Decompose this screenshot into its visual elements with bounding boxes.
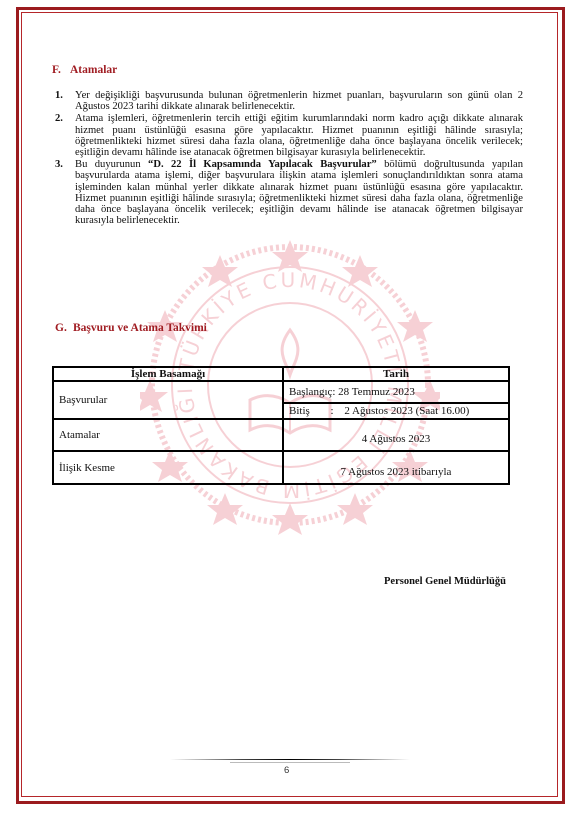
end-separator: : <box>331 405 334 417</box>
header-date: Tarih <box>283 367 509 381</box>
item-text: Yer değişikliği başvurusunda bulunan öğr… <box>75 90 523 112</box>
cell-step: Atamalar <box>53 419 283 451</box>
schedule-table: İşlem Basamağı Tarih Başvurular Başlangı… <box>52 366 510 485</box>
footer-divider-secondary <box>230 762 350 763</box>
section-g-title: Başvuru ve Atama Takvimi <box>73 322 207 334</box>
item-text-bold: “D. 22 İl Kapsamında Yapılacak Başvurula… <box>148 159 377 170</box>
item-number: 2. <box>55 113 75 158</box>
end-label: Bitiş <box>289 405 310 417</box>
section-f-list: 1. Yer değişikliği başvurusunda bulunan … <box>55 90 523 227</box>
header-step: İşlem Basamağı <box>53 367 283 381</box>
table-header-row: İşlem Basamağı Tarih <box>53 367 509 381</box>
cell-date: 7 Ağustos 2023 itibarıyla <box>283 451 509 484</box>
cell-end-date: Bitiş : 2 Ağustos 2023 (Saat 16.00) <box>283 403 509 419</box>
cell-date: 4 Ağustos 2023 <box>283 419 509 451</box>
section-f-heading: F.Atamalar <box>52 64 117 76</box>
end-value: 2 Ağustos 2023 (Saat 16.00) <box>344 405 469 417</box>
list-item: 1. Yer değişikliği başvurusunda bulunan … <box>55 90 523 112</box>
signature: Personel Genel Müdürlüğü <box>384 576 506 587</box>
cell-start-date: Başlangıç: 28 Temmuz 2023 <box>283 381 509 403</box>
list-item: 2. Atama işlemleri, öğretmenlerin tercih… <box>55 113 523 158</box>
item-text: Bu duyurunun “D. 22 İl Kapsamında Yapıla… <box>75 159 523 226</box>
list-item: 3. Bu duyurunun “D. 22 İl Kapsamında Yap… <box>55 159 523 226</box>
table-row: İlişik Kesme 7 Ağustos 2023 itibarıyla <box>53 451 509 484</box>
section-g-letter: G. <box>55 322 73 334</box>
table-row: Atamalar 4 Ağustos 2023 <box>53 419 509 451</box>
footer-divider <box>170 759 410 760</box>
item-text-before: Bu duyurunun <box>75 159 148 170</box>
section-g-heading: G.Başvuru ve Atama Takvimi <box>55 322 207 334</box>
table-row: Başvurular Başlangıç: 28 Temmuz 2023 <box>53 381 509 403</box>
cell-step: İlişik Kesme <box>53 451 283 484</box>
item-text: Atama işlemleri, öğretmenlerin tercih et… <box>75 113 523 158</box>
section-f-title: Atamalar <box>70 64 117 76</box>
page-number: 6 <box>284 765 289 776</box>
item-number: 1. <box>55 90 75 112</box>
item-number: 3. <box>55 159 75 226</box>
cell-step: Başvurular <box>53 381 283 419</box>
section-f-letter: F. <box>52 64 70 76</box>
